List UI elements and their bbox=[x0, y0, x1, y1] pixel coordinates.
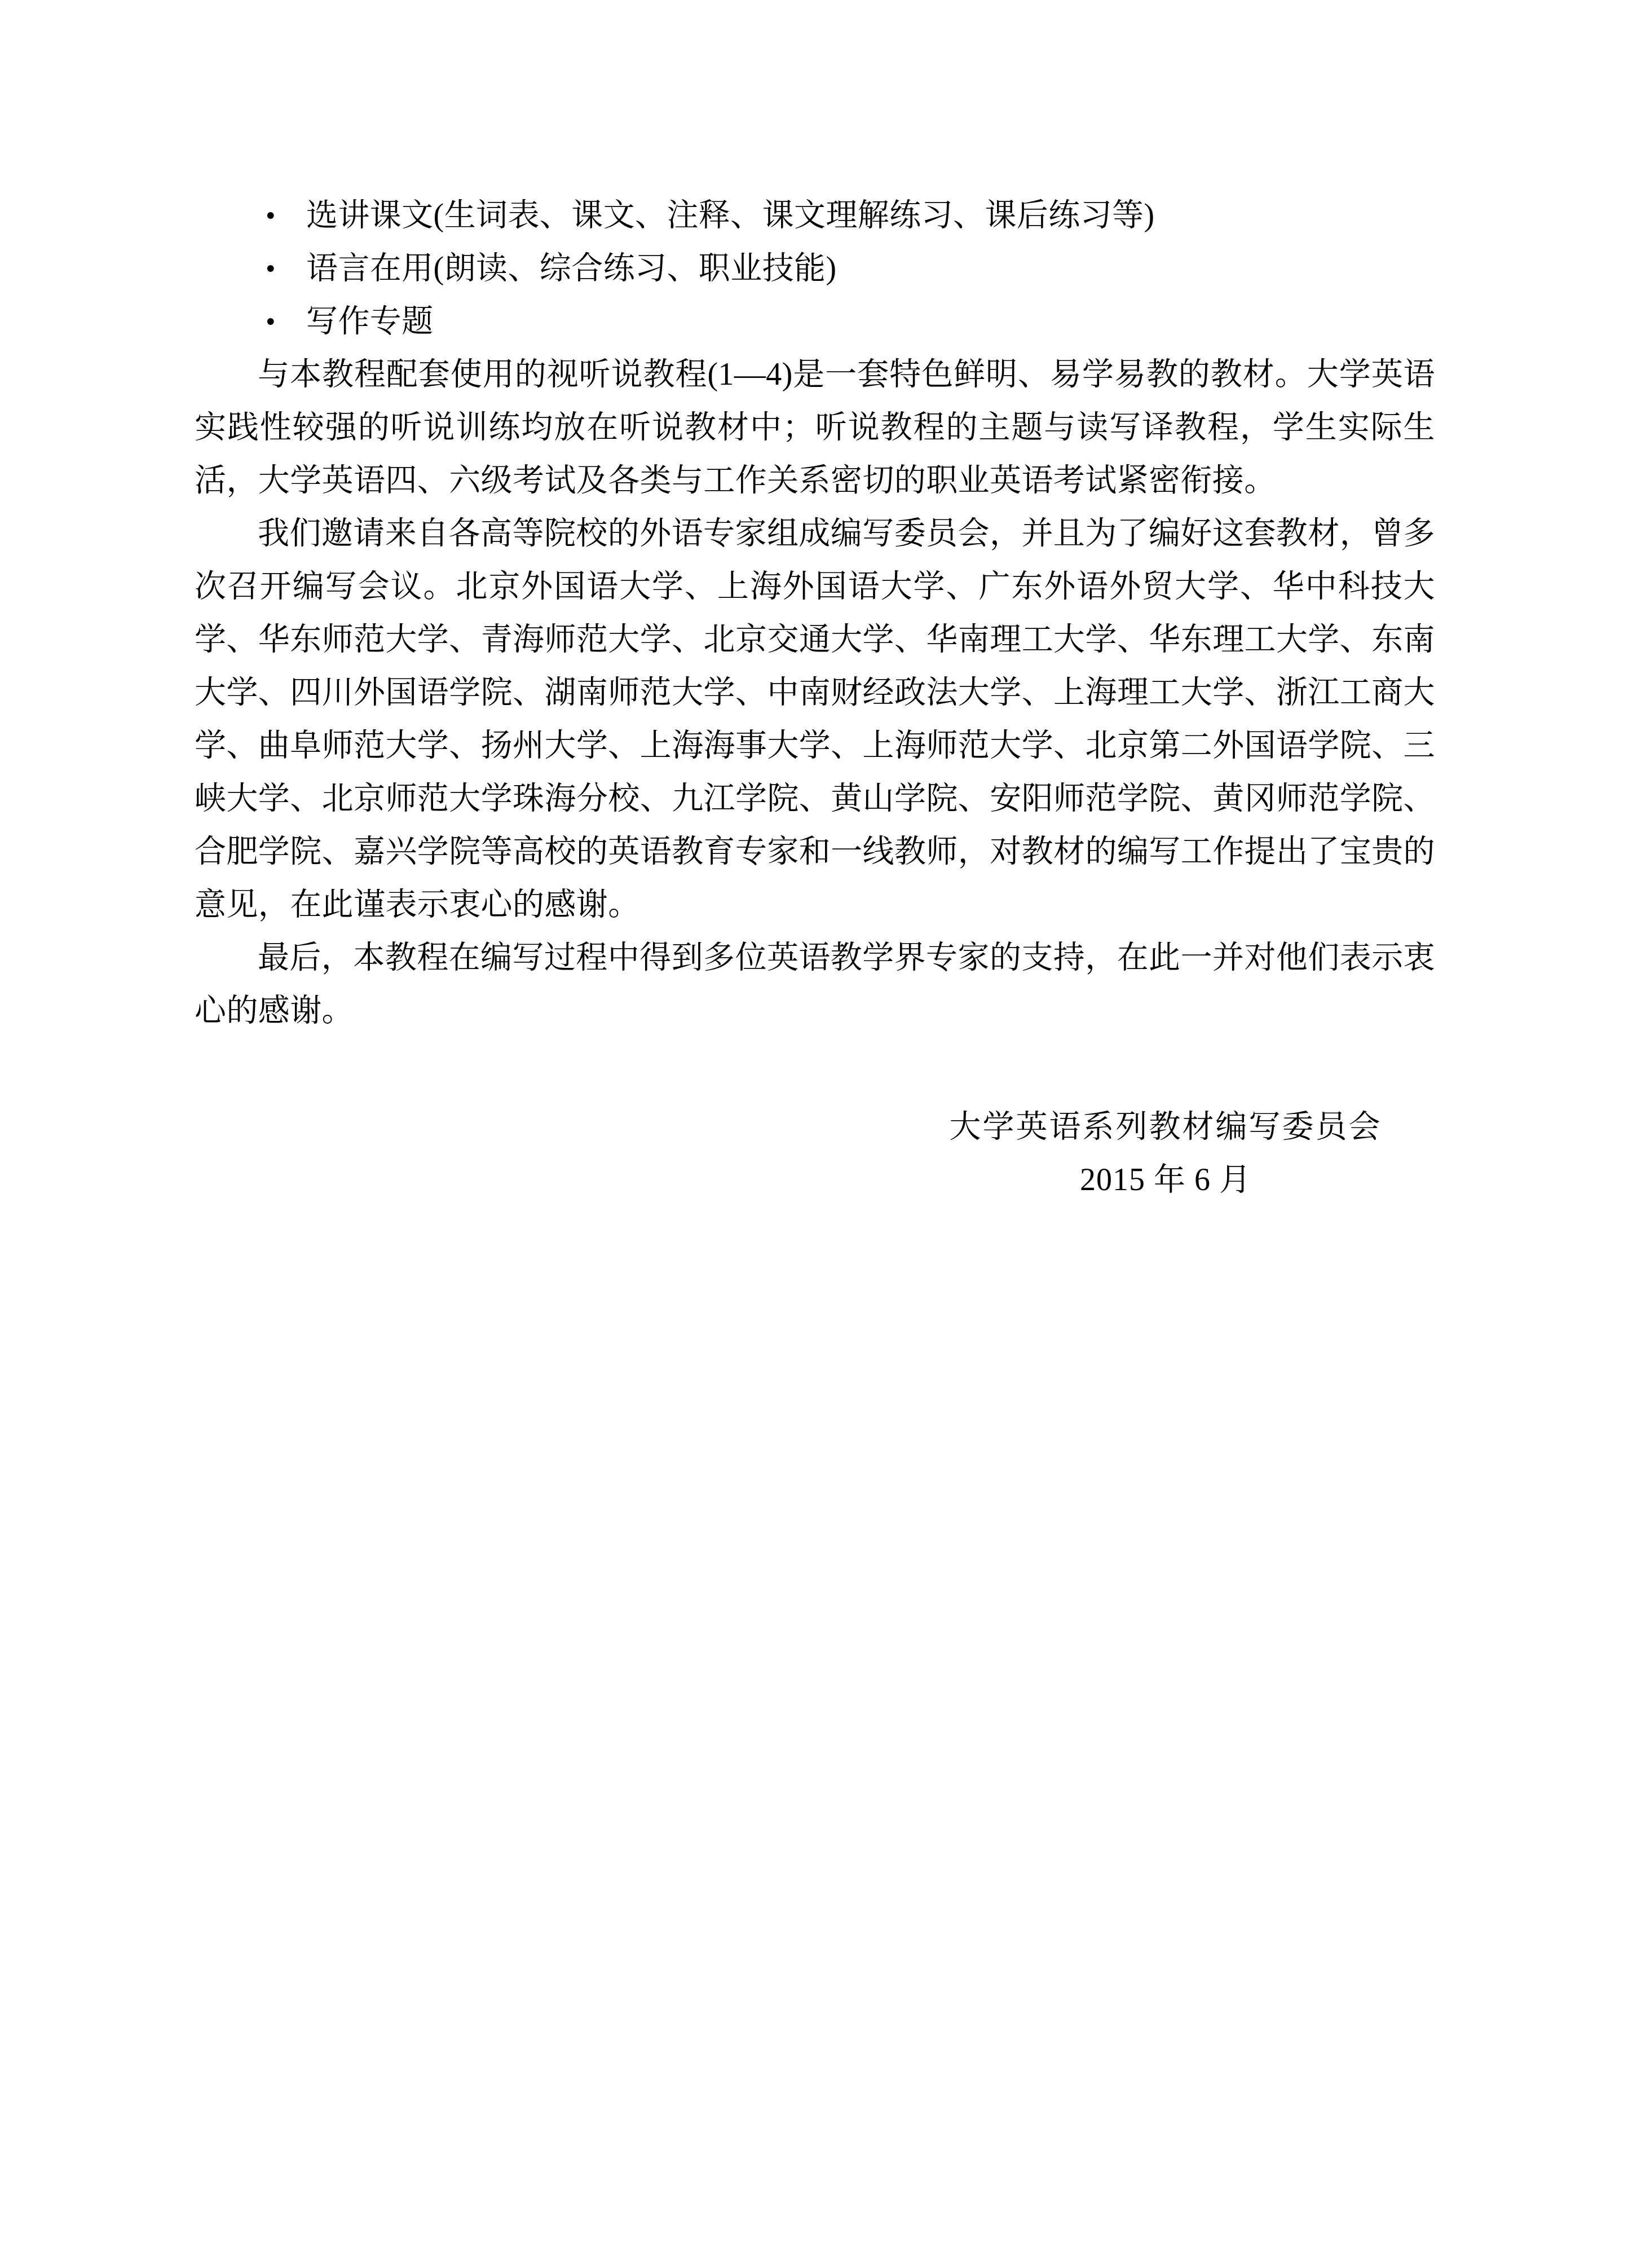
bullet-item-writing-topics: • 写作专题 bbox=[195, 295, 1435, 348]
bullet-item-text: 写作专题 bbox=[306, 304, 434, 339]
paragraph-university-acknowledgements: 我们邀请来自各高等院校的外语专家组成编写委员会，并且为了编好这套教材，曾多次召开… bbox=[195, 507, 1435, 931]
bullet-icon: • bbox=[266, 295, 276, 348]
bullet-icon: • bbox=[266, 189, 276, 242]
signature-date: 2015 年 6 月 bbox=[940, 1153, 1391, 1206]
bullet-icon: • bbox=[266, 242, 276, 295]
bullet-item-language-in-use: • 语言在用(朗读、综合练习、职业技能) bbox=[195, 242, 1435, 295]
paragraph-companion-course: 与本教程配套使用的视听说教程(1—4)是一套特色鲜明、易学易教的教材。大学英语实… bbox=[195, 348, 1435, 507]
page-content: • 选讲课文(生词表、课文、注释、课文理解练习、课后练习等) • 语言在用(朗读… bbox=[195, 189, 1435, 1206]
bullet-item-text: 语言在用(朗读、综合练习、职业技能) bbox=[306, 251, 837, 286]
signature-committee: 大学英语系列教材编写委员会 bbox=[940, 1100, 1391, 1153]
bullet-item-selected-texts: • 选讲课文(生词表、课文、注释、课文理解练习、课后练习等) bbox=[195, 189, 1435, 242]
signature-block: 大学英语系列教材编写委员会 2015 年 6 月 bbox=[940, 1100, 1391, 1206]
paragraph-final-thanks: 最后，本教程在编写过程中得到多位英语教学界专家的支持，在此一并对他们表示衷心的感… bbox=[195, 931, 1435, 1037]
bullet-item-text: 选讲课文(生词表、课文、注释、课文理解练习、课后练习等) bbox=[306, 198, 1155, 233]
bullet-list: • 选讲课文(生词表、课文、注释、课文理解练习、课后练习等) • 语言在用(朗读… bbox=[195, 189, 1435, 348]
document-page: • 选讲课文(生词表、课文、注释、课文理解练习、课后练习等) • 语言在用(朗读… bbox=[0, 0, 1628, 2268]
